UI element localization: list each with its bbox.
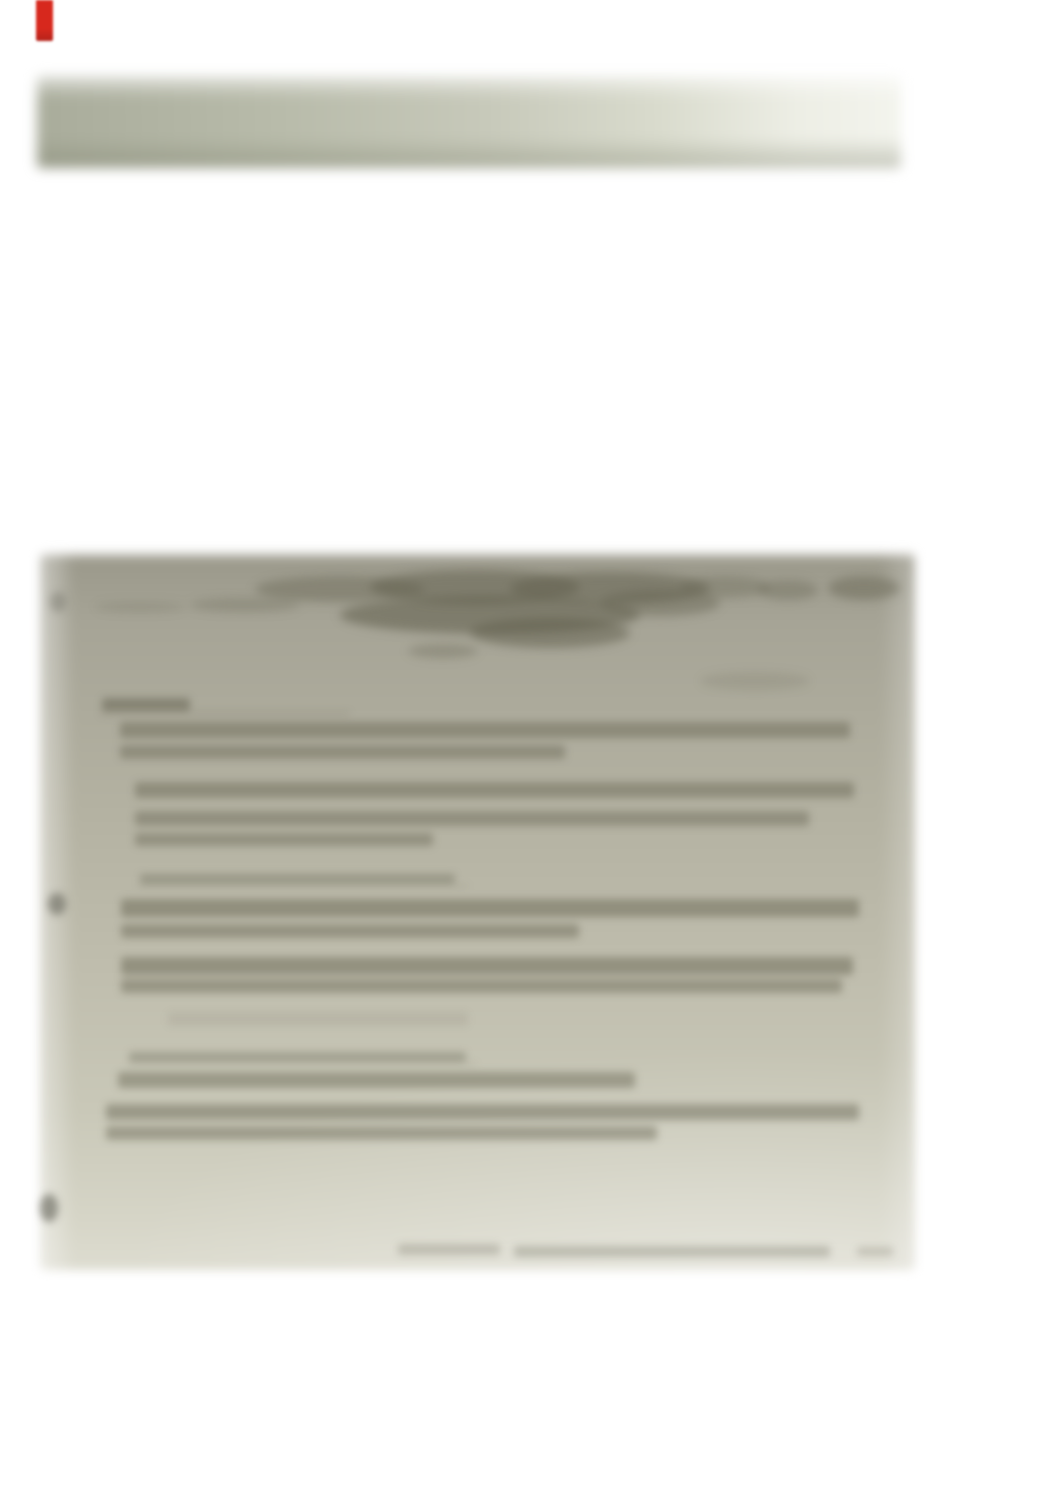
title-blob [408,644,478,658]
para-1-line [120,722,850,738]
faint-smudge-blob [700,672,810,690]
title-blob [470,618,630,648]
title-blob [190,598,300,612]
red-bookmark-tab [36,0,53,41]
heading-3-rule-line [127,1063,477,1065]
punch-hole [40,1194,58,1222]
heading-2-line [140,874,455,884]
heading-2-rule-line [138,885,468,887]
corner-mark-blob [828,576,900,600]
para-4-line [121,979,842,993]
para-2-line [135,782,854,798]
scanned-document-page [40,552,915,1270]
faint-band-line [168,1012,468,1026]
para-5-line [118,1072,635,1088]
heading-3-line [129,1052,466,1062]
scan-ink-layer [40,552,915,1270]
footer-line [514,1246,830,1257]
scanned-header-strip [37,76,901,168]
para-2-line [135,833,433,846]
page-background [0,0,1062,1504]
para-2-line [135,811,809,826]
para-3-line [121,899,859,917]
para-5-line [106,1104,859,1120]
para-5-line [106,1126,657,1140]
heading-1-line [102,698,190,711]
heading-1-rule-line [100,712,350,715]
punch-hole [48,893,66,915]
para-4-line [121,957,853,975]
para-1-line [120,745,565,759]
footer-line [857,1247,893,1256]
corner-mark-blob [758,580,818,600]
title-blob [95,602,185,612]
para-3-line [121,924,579,938]
footer-line [398,1244,500,1255]
punch-hole [50,592,66,612]
title-blob [680,576,770,598]
